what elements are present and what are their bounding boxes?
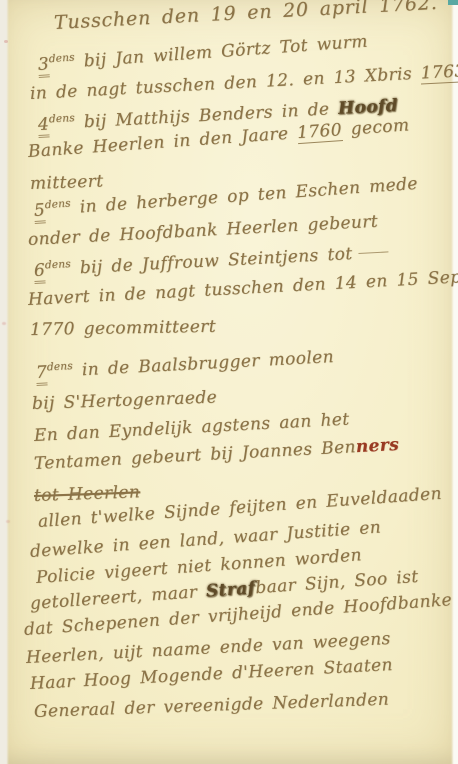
line-text: in de Baalsbrugger moolen: [73, 347, 335, 381]
entry-ordinal-suffix: dens: [44, 197, 71, 211]
manuscript-line: bij S'Hertogenraede: [32, 388, 218, 414]
underlined-year: 1760: [296, 120, 342, 144]
ink-blot-text: Straf: [205, 578, 256, 601]
entry-ordinal-suffix: dens: [47, 360, 74, 373]
manuscript-line: 7dens in de Baalsbrugger moolen: [35, 346, 334, 385]
manuscript-page: Tusschen den 19 en 20 april 1762. 3dens …: [0, 0, 458, 764]
line-text: 1770 gecommitteert: [30, 317, 216, 340]
heading-text: Tusschen den 19 en 20 april 1762.: [53, 0, 438, 34]
paper-edge-left: [0, 0, 9, 764]
line-text: bij de Juffrouw Steintjens tot: [71, 244, 353, 279]
line-text: bij S'Hertogenraede: [32, 388, 218, 414]
line-text: Generaal der vereenigde Nederlanden: [34, 690, 390, 722]
manuscript-heading: Tusschen den 19 en 20 april 1762.: [53, 0, 438, 34]
manuscript-line: 1770 gecommitteert: [30, 317, 216, 340]
filler-stroke: [358, 251, 388, 256]
corner-mark: [448, 0, 458, 5]
struck-text: tot Heerlen: [34, 482, 141, 506]
line-text: mitteert: [30, 171, 104, 194]
paper-edge-right: [451, 0, 458, 764]
line-text: gecom: [341, 115, 410, 140]
entry-ordinal-suffix: dens: [48, 51, 75, 65]
entry-ordinal-suffix: dens: [49, 112, 76, 125]
manuscript-line: tot Heerlen: [34, 482, 141, 506]
ink-blot-text: Hoofd: [338, 96, 399, 119]
entry-ordinal-suffix: dens: [45, 258, 72, 271]
manuscript-line: mitteert: [30, 171, 104, 194]
paper-speck: [4, 40, 8, 43]
line-text: bij Jan willem Görtz Tot wurm: [74, 32, 368, 72]
red-ink-text: ners: [355, 435, 399, 457]
manuscript-line: Generaal der vereenigde Nederlanden: [34, 690, 390, 722]
underlined-year: 1763,: [420, 61, 458, 85]
